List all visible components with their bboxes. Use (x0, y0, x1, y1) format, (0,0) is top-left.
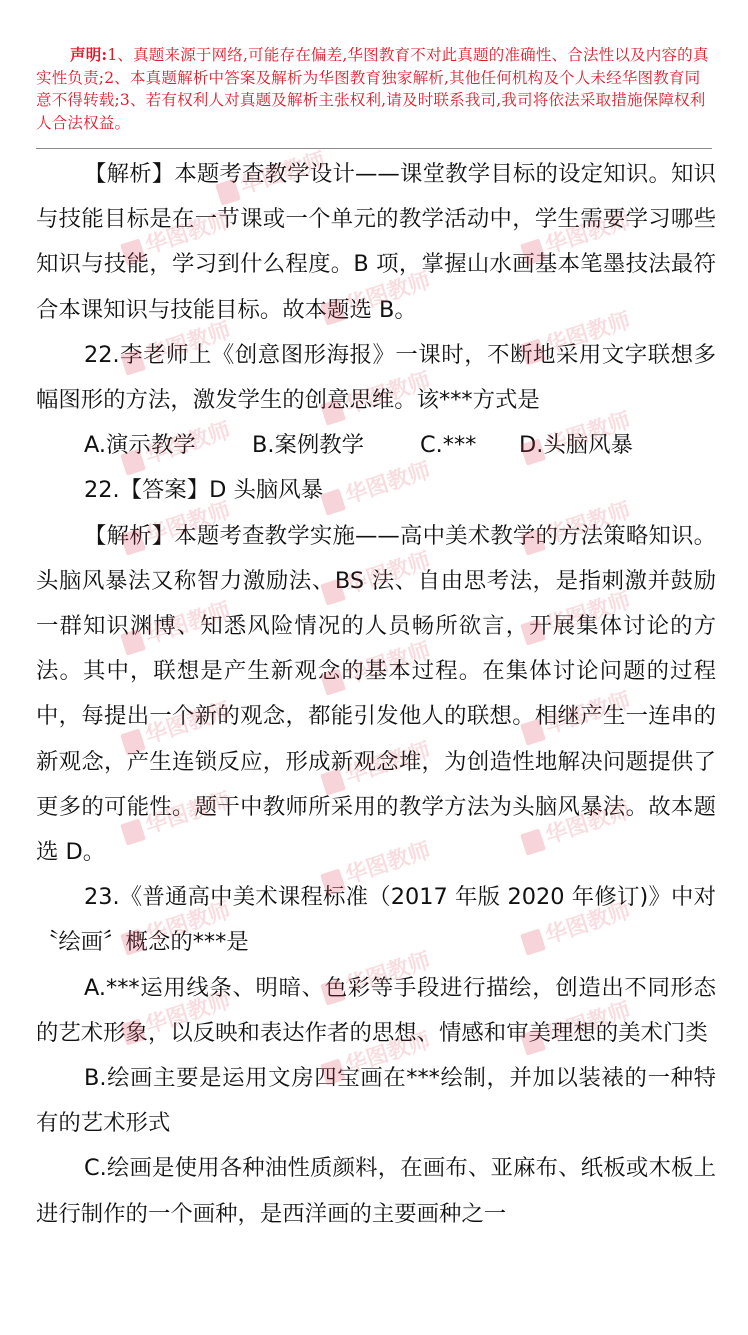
q22-analysis: 【解析】本题考查教学实施——高中美术教学的方法策略知识。头脑风暴法又称智力激励法… (36, 514, 716, 876)
q22-stem: 22.李老师上《创意图形海报》一课时，不断地采用文字联想多幅图形的方法，激发学生… (36, 333, 716, 423)
q22-answer: 22.【答案】D 头脑风暴 (36, 468, 716, 513)
q23-option-b: B.绘画主要是运用文房四宝画在***绘制，并加以装裱的一种特有的艺术形式 (36, 1056, 716, 1146)
disclaimer: 声明:1、真题来源于网络,可能存在偏差,华图教育不对此真题的准确性、合法性以及内… (36, 44, 712, 134)
q22-option-d: D.头脑风暴 (519, 423, 633, 468)
q22-option-c: C.*** (420, 423, 519, 468)
divider (36, 148, 712, 149)
document-body: 【解析】本题考查教学设计——课堂教学目标的设定知识。知识与技能目标是在一节课或一… (36, 152, 716, 1237)
disclaimer-text: 1、真题来源于网络,可能存在偏差,华图教育不对此真题的准确性、合法性以及内容的真… (36, 46, 709, 132)
q21-analysis: 【解析】本题考查教学设计——课堂教学目标的设定知识。知识与技能目标是在一节课或一… (36, 152, 716, 333)
q23-option-a: A.***运用线条、明暗、色彩等手段进行描绘，创造出不同形态的艺术形象，以反映和… (36, 966, 716, 1056)
q22-option-b: B.案例教学 (252, 423, 420, 468)
q22-option-a: A.演示教学 (84, 423, 252, 468)
disclaimer-lead: 声明: (70, 45, 107, 64)
q23-option-c: C.绘画是使用各种油性质颜料，在画布、亚麻布、纸板或木板上进行制作的一个画种，是… (36, 1146, 716, 1236)
q22-options: A.演示教学 B.案例教学 C.*** D.头脑风暴 (36, 423, 716, 468)
q23-stem: 23.《普通高中美术课程标准（2017 年版 2020 年修订)》中对〝绘画〞概… (36, 875, 716, 965)
